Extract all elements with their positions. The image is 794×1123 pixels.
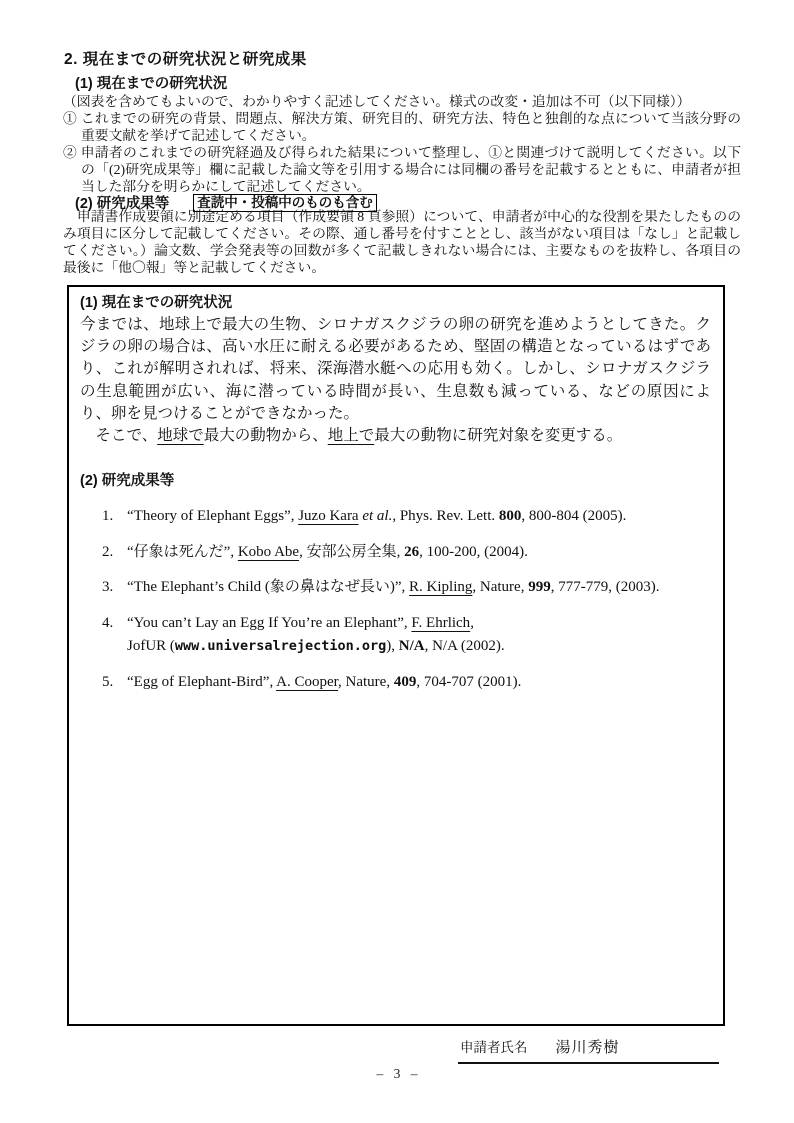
box-results-heading: (2) 研究成果等 <box>80 472 711 491</box>
section1-instructions: （図表を含めてもよいので、わかりやすく記述してください。様式の改変・追加は不可（… <box>63 93 741 195</box>
reference-item-5: 5. “Egg of Elephant-Bird”, A. Cooper, Na… <box>102 671 711 695</box>
reference-number: 4. <box>102 612 120 659</box>
instruction-item-1-text: これまでの研究の背景、問題点、解決方策、研究目的、研究方法、特色と独創的な点につ… <box>81 111 741 143</box>
section2-note: 申請書作成要領に別途定める項目（作成要領 8 頁参照）について、申請者が中心的な… <box>63 208 741 276</box>
document-title: 2. 現在までの研究状況と研究成果 <box>64 47 307 69</box>
section1-heading: (1) 現在までの研究状況 <box>75 72 227 93</box>
reference-number: 1. <box>102 505 120 529</box>
box-status-paragraph: 今までは、地球上で最大の生物、シロナガスクジラの卵の研究を進めようとしてきた。ク… <box>80 314 711 425</box>
reference-text: “The Elephant’s Child (象の鼻はなぜ長い)”, R. Ki… <box>120 576 659 600</box>
box-conclusion-line: そこで、地球で最大の動物から、地上で最大の動物に研究対象を変更する。 <box>80 425 711 447</box>
reference-number: 5. <box>102 671 120 695</box>
reference-item-2: 2. “仔象は死んだ”, Kobo Abe, 安部公房全集, 26, 100-2… <box>102 541 711 565</box>
reference-text: “仔象は死んだ”, Kobo Abe, 安部公房全集, 26, 100-200,… <box>120 541 528 565</box>
section2-instructions: 申請書作成要領に別途定める項目（作成要領 8 頁参照）について、申請者が中心的な… <box>63 208 741 276</box>
instruction-note: （図表を含めてもよいので、わかりやすく記述してください。様式の改変・追加は不可（… <box>63 93 741 110</box>
reference-item-1: 1. “Theory of Elephant Eggs”, Juzo Kara … <box>102 505 711 529</box>
applicant-signature-row: 申請者氏名 湯川秀樹 <box>458 1036 719 1064</box>
applicant-name-value: 湯川秀樹 <box>556 1036 620 1057</box>
reference-text: “You can’t Lay an Egg If You’re an Eleph… <box>120 612 505 659</box>
applicant-name-label: 申請者氏名 <box>460 1036 528 1056</box>
box-status-heading: (1) 現在までの研究状況 <box>80 294 711 313</box>
reference-item-4: 4. “You can’t Lay an Egg If You’re an El… <box>102 612 711 659</box>
page-number: – 3 – <box>0 1066 794 1082</box>
reference-number: 3. <box>102 576 120 600</box>
reference-text: “Egg of Elephant-Bird”, A. Cooper, Natur… <box>120 671 521 695</box>
document-page: 2. 現在までの研究状況と研究成果 (1) 現在までの研究状況 （図表を含めても… <box>0 0 794 1123</box>
instruction-item-2: ② 申請者のこれまでの研究経過及び得られた結果について整理し、①と関連づけて説明… <box>63 144 741 195</box>
answer-box: (1) 現在までの研究状況 今までは、地球上で最大の生物、シロナガスクジラの卵の… <box>67 285 725 1026</box>
reference-item-3: 3. “The Elephant’s Child (象の鼻はなぜ長い)”, R.… <box>102 576 711 600</box>
instruction-item-2-marker: ② <box>63 145 77 160</box>
instruction-item-1-marker: ① <box>63 111 77 126</box>
reference-number: 2. <box>102 541 120 565</box>
instruction-item-1: ① これまでの研究の背景、問題点、解決方策、研究目的、研究方法、特色と独創的な点… <box>63 110 741 144</box>
instruction-item-2-text: 申請者のこれまでの研究経過及び得られた結果について整理し、①と関連づけて説明して… <box>81 145 741 194</box>
reference-list: 1. “Theory of Elephant Eggs”, Juzo Kara … <box>80 505 711 694</box>
reference-text: “Theory of Elephant Eggs”, Juzo Kara et … <box>120 505 626 529</box>
